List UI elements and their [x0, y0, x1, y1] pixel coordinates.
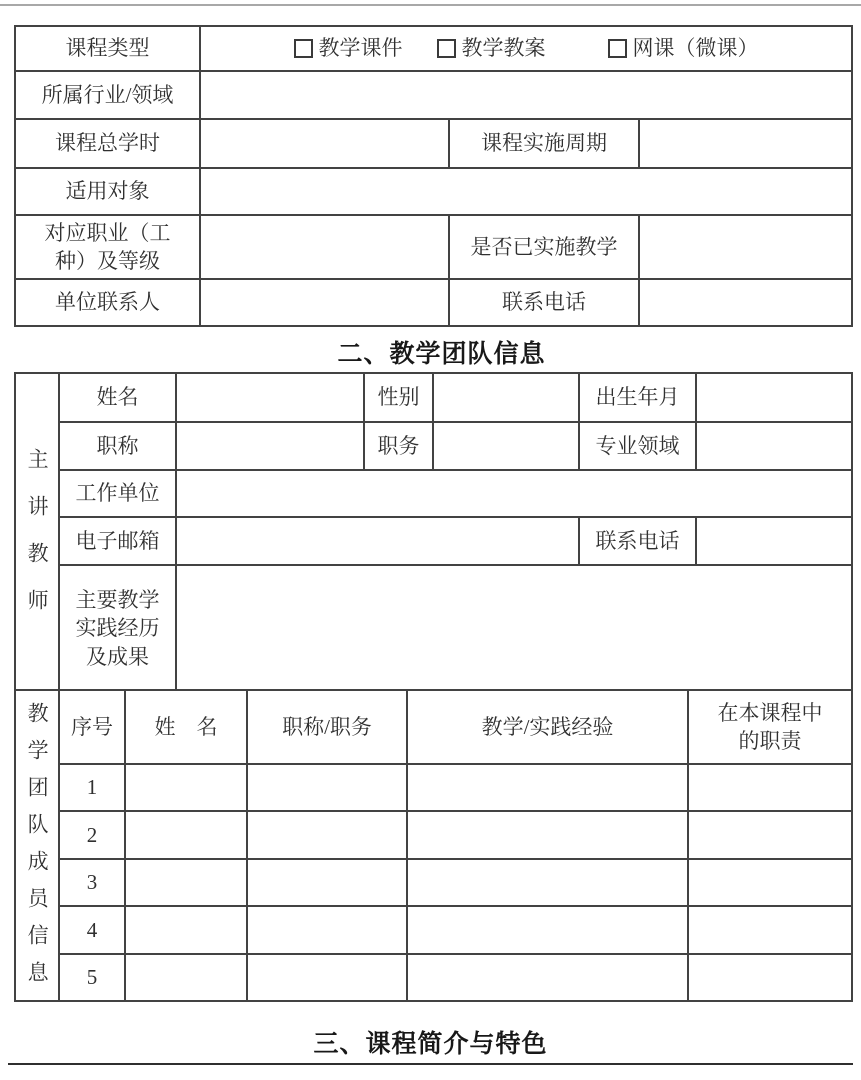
member-name-cell: [125, 764, 247, 811]
member-name-cell: [125, 811, 247, 859]
member-name-cell: [125, 954, 247, 1001]
already-taught-value-cell: [639, 215, 852, 279]
course-type-options-cell: 教学课件 教学教案 网课（微课）: [200, 26, 852, 71]
contact-phone-label: 联系电话: [449, 279, 639, 326]
course-info-table: 课程类型 教学课件 教学教案 网课（微课） 所属行业/领域 课程总学时 课程实施…: [14, 25, 853, 327]
workunit-value-cell: [176, 470, 852, 517]
title-label: 职称: [59, 422, 176, 470]
implementation-period-label: 课程实施周期: [449, 119, 639, 168]
member-index: 5: [59, 954, 125, 1001]
unit-contact-label: 单位联系人: [15, 279, 200, 326]
member-index: 3: [59, 859, 125, 906]
experience-value-cell: [176, 565, 852, 692]
member-title-cell: [247, 906, 407, 954]
contact-phone-value-cell: [639, 279, 852, 326]
industry-value-cell: [200, 71, 852, 119]
previous-table-bottom-border: [0, 4, 861, 6]
course-application-form-page: 课程类型 教学课件 教学教案 网课（微课） 所属行业/领域 课程总学时 课程实施…: [0, 0, 861, 1080]
team-members-group-label: 教学团队成员信息: [23, 702, 51, 998]
checkbox-icon[interactable]: [608, 39, 627, 58]
checkbox-icon[interactable]: [294, 39, 313, 58]
team-members-table: 教学团队成员信息 序号 姓 名 职称/职务 教学/实践经验 在本课程中 的职责 …: [14, 689, 853, 1002]
member-experience-cell: [407, 811, 688, 859]
course-type-label: 课程类型: [15, 26, 200, 71]
checkbox-icon[interactable]: [437, 39, 456, 58]
name-value-cell: [176, 373, 364, 422]
member-title-cell: [247, 859, 407, 906]
member-experience-header: 教学/实践经验: [407, 690, 688, 764]
checkbox-option-courseware: 教学课件: [294, 34, 403, 62]
lead-teacher-group-label-cell: 主讲教师: [15, 373, 59, 692]
member-index-header: 序号: [59, 690, 125, 764]
course-type-checkbox-row: 教学课件 教学教案 网课（微课）: [205, 34, 847, 62]
occupation-level-value-cell: [200, 215, 449, 279]
title-value-cell: [176, 422, 364, 470]
section-title-course-intro: 三、课程简介与特色: [0, 1024, 861, 1060]
total-hours-label: 课程总学时: [15, 119, 200, 168]
email-label: 电子邮箱: [59, 517, 176, 565]
member-responsibility-cell: [688, 954, 852, 1001]
member-index: 2: [59, 811, 125, 859]
checkbox-label: 教学教案: [462, 34, 546, 62]
member-title-cell: [247, 954, 407, 1001]
member-index: 1: [59, 764, 125, 811]
lead-phone-value-cell: [696, 517, 852, 565]
name-label: 姓名: [59, 373, 176, 422]
member-title-cell: [247, 764, 407, 811]
occupation-level-label: 对应职业（工 种）及等级: [15, 215, 200, 279]
total-hours-value-cell: [200, 119, 449, 168]
birth-label: 出生年月: [579, 373, 696, 422]
checkbox-option-online-course: 网课（微课）: [608, 34, 759, 62]
member-name-cell: [125, 859, 247, 906]
gender-label: 性别: [364, 373, 433, 422]
member-name-header: 姓 名: [125, 690, 247, 764]
member-experience-cell: [407, 859, 688, 906]
member-experience-cell: [407, 764, 688, 811]
position-label: 职务: [364, 422, 433, 470]
section-title-teaching-team: 二、教学团队信息: [0, 334, 861, 370]
table-row: 1: [15, 764, 852, 811]
member-experience-cell: [407, 906, 688, 954]
next-table-top-border: [8, 1063, 853, 1065]
checkbox-label: 教学课件: [319, 34, 403, 62]
table-row: 4: [15, 906, 852, 954]
member-experience-cell: [407, 954, 688, 1001]
member-responsibility-cell: [688, 811, 852, 859]
gender-value-cell: [433, 373, 579, 422]
unit-contact-value-cell: [200, 279, 449, 326]
lead-teacher-table: 主讲教师 姓名 性别 出生年月 职称 职务 专业领域 工作单位 电子邮箱 联系电…: [14, 372, 853, 693]
implementation-period-value-cell: [639, 119, 852, 168]
member-index: 4: [59, 906, 125, 954]
table-row: 3: [15, 859, 852, 906]
member-responsibility-cell: [688, 906, 852, 954]
target-audience-value-cell: [200, 168, 852, 215]
experience-label: 主要教学 实践经历 及成果: [59, 565, 176, 692]
table-row: 2: [15, 811, 852, 859]
target-audience-label: 适用对象: [15, 168, 200, 215]
lead-phone-label: 联系电话: [579, 517, 696, 565]
checkbox-option-lesson-plan: 教学教案: [437, 34, 546, 62]
position-value-cell: [433, 422, 579, 470]
table-row: 5: [15, 954, 852, 1001]
member-responsibility-header: 在本课程中 的职责: [688, 690, 852, 764]
field-label: 专业领域: [579, 422, 696, 470]
already-taught-label: 是否已实施教学: [449, 215, 639, 279]
member-name-cell: [125, 906, 247, 954]
team-members-group-label-cell: 教学团队成员信息: [15, 690, 59, 1001]
lead-teacher-group-label: 主讲教师: [23, 448, 51, 636]
birth-value-cell: [696, 373, 852, 422]
member-responsibility-cell: [688, 764, 852, 811]
field-value-cell: [696, 422, 852, 470]
member-title-cell: [247, 811, 407, 859]
email-value-cell: [176, 517, 579, 565]
industry-label: 所属行业/领域: [15, 71, 200, 119]
member-responsibility-cell: [688, 859, 852, 906]
workunit-label: 工作单位: [59, 470, 176, 517]
member-title-header: 职称/职务: [247, 690, 407, 764]
checkbox-label: 网课（微课）: [633, 34, 759, 62]
